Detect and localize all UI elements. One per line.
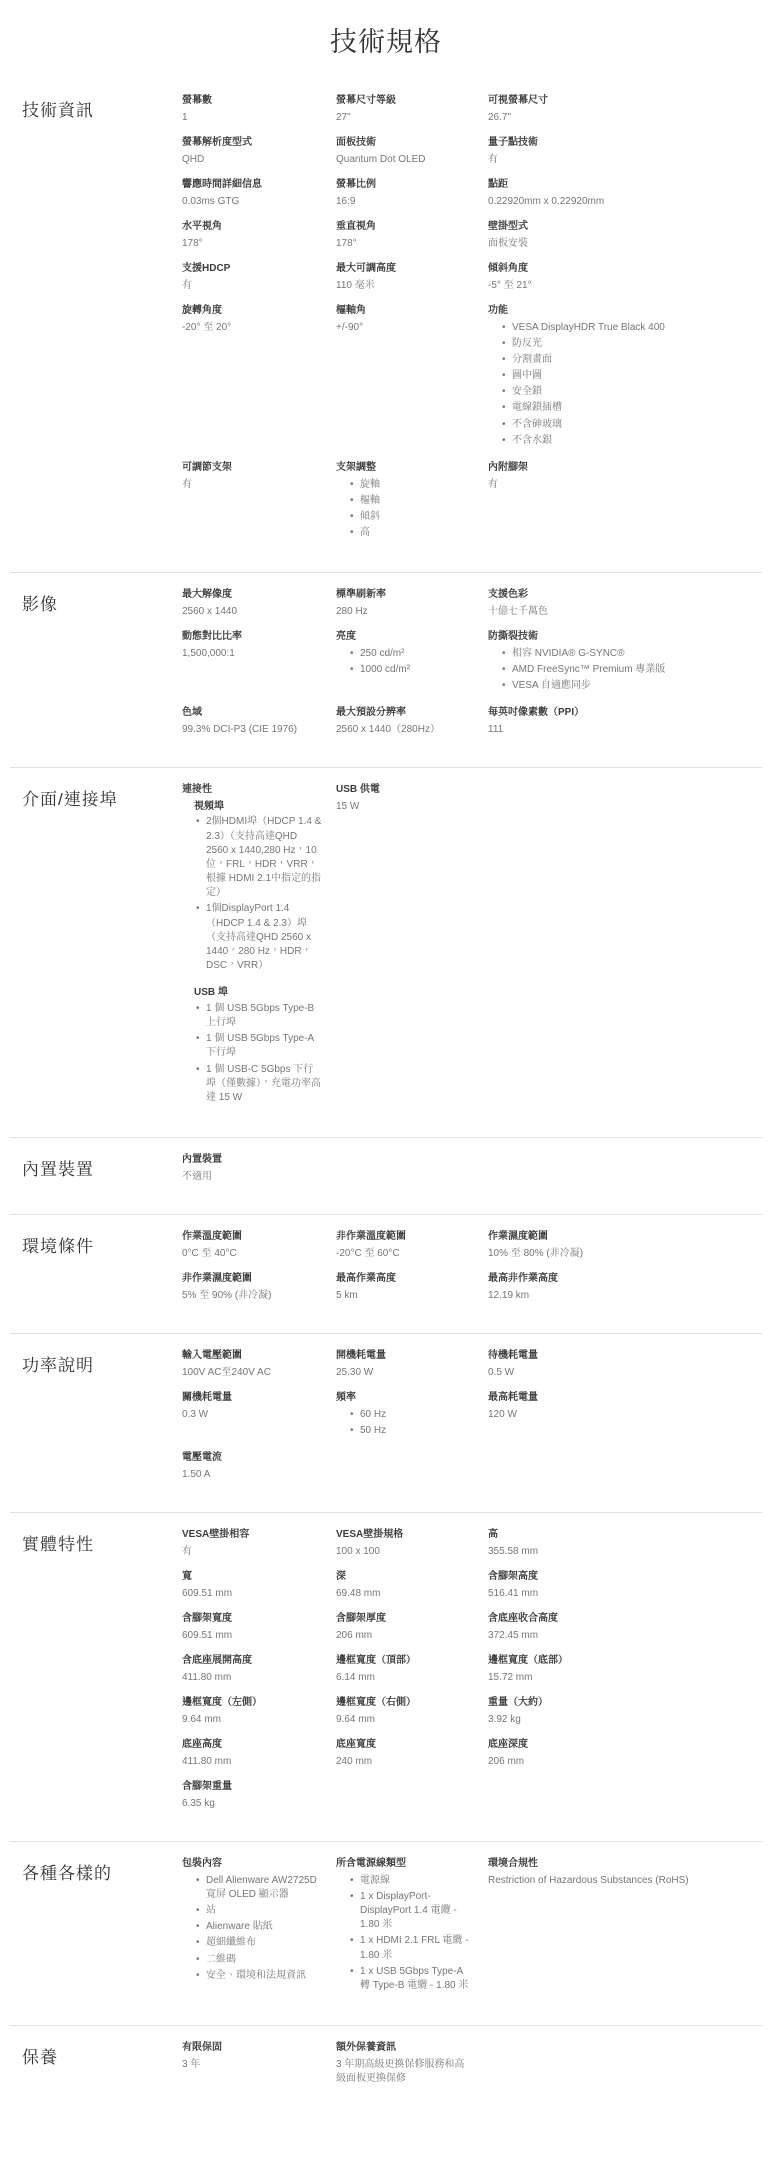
spec-cell: 動態對比比率1,500,000:1 [182, 630, 336, 661]
spec-list-item: AMD FreeSync™ Premium 專業版 [502, 663, 690, 677]
spec-row: 旋轉角度-20° 至 20°樞軸角+/-90°功能VESA DisplayHDR… [182, 304, 762, 450]
spec-label: 作業濕度範圍 [488, 1230, 690, 1244]
spec-label: 樞軸角 [336, 304, 474, 318]
spec-cell: 重量（大約）3.92 kg [488, 1696, 704, 1727]
spec-label: 含底座收合高度 [488, 1612, 690, 1626]
spec-label: 待機耗電量 [488, 1349, 690, 1363]
spec-value: Restriction of Hazardous Substances (RoH… [488, 1874, 690, 1889]
section-title: 介面/連接埠 [10, 783, 182, 810]
spec-cell: 支援HDCP有 [182, 262, 336, 293]
section-title: 功率說明 [10, 1349, 182, 1376]
spec-cell: 壁掛型式面板安裝 [488, 220, 704, 251]
spec-list-item: 高 [350, 526, 474, 540]
spec-label: 可調節支架 [182, 461, 322, 475]
spec-list-item: 不含水銀 [502, 434, 690, 448]
spec-value: 411.80 mm [182, 1671, 322, 1686]
spec-cell: 旋轉角度-20° 至 20° [182, 304, 336, 335]
spec-cell: 高355.58 mm [488, 1528, 704, 1559]
spec-list-item: 不含砷玻璃 [502, 418, 690, 432]
spec-list-item: 分割畫面 [502, 353, 690, 367]
spec-list-item: 超細纖維布 [196, 1936, 322, 1950]
spec-label: 邊框寬度（左側） [182, 1696, 322, 1710]
spec-list: 相容 NVIDIA® G-SYNC®AMD FreeSync™ Premium … [488, 647, 690, 694]
spec-label: 有限保固 [182, 2041, 322, 2055]
spec-label: 額外保養資訊 [336, 2041, 474, 2055]
spec-cell: USB 供電15 W [336, 783, 488, 814]
spec-label: 標準刷新率 [336, 588, 474, 602]
spec-cell: 支架調整旋軸樞軸傾斜高 [336, 461, 488, 542]
spec-value: 111 [488, 723, 690, 738]
spec-list-item: 1000 cd/m² [350, 663, 474, 677]
spec-value: 27" [336, 111, 474, 126]
spec-section: 功率說明輸入電壓範圍100V AC至240V AC開機耗電量25.30 W待機耗… [10, 1333, 762, 1512]
spec-list-item: 安全、環境和法規資訊 [196, 1969, 322, 1983]
page-title: 技術規格 [10, 20, 762, 59]
spec-list-item: VESA DisplayHDR True Black 400 [502, 321, 690, 335]
spec-row: 最大解像度2560 x 1440標準刷新率280 Hz支援色彩十億七千萬色 [182, 588, 762, 619]
spec-list-item: 1 個 USB 5Gbps Type-B 上行埠 [196, 1002, 322, 1030]
spec-label: 可視螢幕尺寸 [488, 94, 690, 108]
spec-row: 關機耗電量0.3 W頻率60 Hz50 Hz最高耗電量120 W [182, 1391, 762, 1440]
spec-section: 內置裝置內置裝置不適用 [10, 1137, 762, 1214]
spec-label: 螢幕尺寸等級 [336, 94, 474, 108]
spec-value: -20°C 至 60°C [336, 1247, 474, 1262]
spec-cell: 頻率60 Hz50 Hz [336, 1391, 488, 1440]
spec-cell: 每英吋像素數（PPI）111 [488, 706, 704, 737]
spec-label: 量子點技術 [488, 136, 690, 150]
spec-row: 作業溫度範圍0°C 至 40°C非作業溫度範圍-20°C 至 60°C作業濕度範… [182, 1230, 762, 1261]
spec-row: 輸入電壓範圍100V AC至240V AC開機耗電量25.30 W待機耗電量0.… [182, 1349, 762, 1380]
spec-value: 有 [182, 1545, 322, 1560]
spec-row: 邊框寬度（左側）9.64 mm邊框寬度（右側）9.64 mm重量（大約）3.92… [182, 1696, 762, 1727]
spec-label: 邊框寬度（頂部） [336, 1654, 474, 1668]
spec-value: 0.03ms GTG [182, 195, 322, 210]
spec-list-item: 電源線 [350, 1874, 474, 1888]
spec-list-item: 1個DisplayPort 1.4（HDCP 1.4 & 2.3）埠（支持高達Q… [196, 902, 322, 973]
spec-cell: 含腳架厚度206 mm [336, 1612, 488, 1643]
spec-value: 有 [182, 478, 322, 493]
spec-row: 響應時間詳細信息0.03ms GTG螢幕比例16:9點距0.22920mm x … [182, 178, 762, 209]
spec-value: 609.51 mm [182, 1587, 322, 1602]
spec-cell: 支援色彩十億七千萬色 [488, 588, 704, 619]
spec-cell: 螢幕尺寸等級27" [336, 94, 488, 125]
spec-cell: 底座高度411.80 mm [182, 1738, 336, 1769]
spec-cell: 有限保固3 年 [182, 2041, 336, 2072]
spec-value: 69.48 mm [336, 1587, 474, 1602]
spec-cell: 底座寬度240 mm [336, 1738, 488, 1769]
spec-value: 110 毫米 [336, 279, 474, 294]
spec-label: 最高非作業高度 [488, 1272, 690, 1286]
spec-cell: 非作業溫度範圍-20°C 至 60°C [336, 1230, 488, 1261]
spec-cell: 點距0.22920mm x 0.22920mm [488, 178, 704, 209]
spec-section: 技術資訊螢幕數1螢幕尺寸等級27"可視螢幕尺寸26.7"螢幕解析度型式QHD面板… [10, 79, 762, 572]
spec-cell: 最高耗電量120 W [488, 1391, 704, 1422]
spec-label: 防撕裂技術 [488, 630, 690, 644]
spec-cell: 防撕裂技術相容 NVIDIA® G-SYNC®AMD FreeSync™ Pre… [488, 630, 704, 695]
spec-cell: 寬609.51 mm [182, 1570, 336, 1601]
spec-label: 環境合規性 [488, 1857, 690, 1871]
spec-cell: 含底座收合高度372.45 mm [488, 1612, 704, 1643]
spec-label: USB 供電 [336, 783, 474, 797]
spec-value: 206 mm [336, 1629, 474, 1644]
spec-cell: 作業濕度範圍10% 至 80% (非冷凝) [488, 1230, 704, 1261]
spec-label: 旋轉角度 [182, 304, 322, 318]
spec-list-item: 安全鎖 [502, 385, 690, 399]
spec-label: 重量（大約） [488, 1696, 690, 1710]
spec-value: 12.19 km [488, 1289, 690, 1304]
spec-section: 保養有限保固3 年額外保養資訊3 年期高級更換保修服務和高級面板更換保修 [10, 2025, 762, 2117]
spec-cell: VESA壁掛規格100 x 100 [336, 1528, 488, 1559]
spec-sections: 技術資訊螢幕數1螢幕尺寸等級27"可視螢幕尺寸26.7"螢幕解析度型式QHD面板… [10, 79, 762, 2117]
spec-cell: 邊框寬度（底部）15.72 mm [488, 1654, 704, 1685]
spec-label: 傾斜角度 [488, 262, 690, 276]
spec-label: 支援HDCP [182, 262, 322, 276]
spec-row: 含腳架寬度609.51 mm含腳架厚度206 mm含底座收合高度372.45 m… [182, 1612, 762, 1643]
spec-label: 底座深度 [488, 1738, 690, 1752]
spec-row: 非作業濕度範圍5% 至 90% (非冷凝)最高作業高度5 km最高非作業高度12… [182, 1272, 762, 1303]
spec-label: 壁掛型式 [488, 220, 690, 234]
spec-list-item: 傾斜 [350, 510, 474, 524]
spec-list-item: 防反光 [502, 337, 690, 351]
spec-list-item: 1 個 USB-C 5Gbps 下行埠（僅數據），充電功率高達 15 W [196, 1063, 322, 1106]
spec-label: 垂直視角 [336, 220, 474, 234]
spec-section: 環境條件作業溫度範圍0°C 至 40°C非作業溫度範圍-20°C 至 60°C作… [10, 1214, 762, 1333]
spec-section: 影像最大解像度2560 x 1440標準刷新率280 Hz支援色彩十億七千萬色動… [10, 572, 762, 767]
spec-list: 1 個 USB 5Gbps Type-B 上行埠1 個 USB 5Gbps Ty… [182, 1002, 322, 1105]
spec-value: 0°C 至 40°C [182, 1247, 322, 1262]
spec-row: 含腳架重量6.35 kg [182, 1780, 762, 1811]
spec-cell: 可調節支架有 [182, 461, 336, 492]
spec-row: VESA壁掛相容有VESA壁掛規格100 x 100高355.58 mm [182, 1528, 762, 1559]
spec-cell: VESA壁掛相容有 [182, 1528, 336, 1559]
spec-row: 可調節支架有支架調整旋軸樞軸傾斜高內附腳架有 [182, 461, 762, 542]
spec-cell: 最大可調高度110 毫米 [336, 262, 488, 293]
spec-label: 非作業溫度範圍 [336, 1230, 474, 1244]
spec-cell: 輸入電壓範圍100V AC至240V AC [182, 1349, 336, 1380]
spec-value: 120 W [488, 1408, 690, 1423]
spec-list: VESA DisplayHDR True Black 400防反光分割畫面圖中圖… [488, 321, 690, 449]
spec-label: 包裝內容 [182, 1857, 322, 1871]
spec-value: Quantum Dot OLED [336, 153, 474, 168]
spec-value: 9.64 mm [336, 1713, 474, 1728]
spec-value: 100 x 100 [336, 1545, 474, 1560]
spec-cell: 邊框寬度（頂部）6.14 mm [336, 1654, 488, 1685]
spec-row: 螢幕數1螢幕尺寸等級27"可視螢幕尺寸26.7" [182, 94, 762, 125]
spec-row: 支援HDCP有最大可調高度110 毫米傾斜角度-5° 至 21° [182, 262, 762, 293]
spec-list-item: Dell Alienware AW2725D 寬屏 OLED 顯示器 [196, 1874, 322, 1902]
spec-label: 頻率 [336, 1391, 474, 1405]
spec-row: 色域99.3% DCI-P3 (CIE 1976)最大預設分辨率2560 x 1… [182, 706, 762, 737]
spec-page: 技術規格 技術資訊螢幕數1螢幕尺寸等級27"可視螢幕尺寸26.7"螢幕解析度型式… [0, 0, 772, 2157]
spec-value: 0.3 W [182, 1408, 322, 1423]
spec-label: 含底座展開高度 [182, 1654, 322, 1668]
spec-cell: 面板技術Quantum Dot OLED [336, 136, 488, 167]
spec-cell: 內置裝置不適用 [182, 1153, 336, 1184]
spec-label: 動態對比比率 [182, 630, 322, 644]
spec-label: 最高耗電量 [488, 1391, 690, 1405]
spec-cell: 含腳架高度516.41 mm [488, 1570, 704, 1601]
spec-label: 電壓電流 [182, 1451, 322, 1465]
spec-value: 6.14 mm [336, 1671, 474, 1686]
section-title: 內置裝置 [10, 1153, 182, 1180]
section-title: 保養 [10, 2041, 182, 2068]
section-title: 各種各樣的 [10, 1857, 182, 1884]
section-rows: 連接性視頻埠2個HDMI埠（HDCP 1.4 & 2.3）（支持高達QHD 25… [182, 783, 762, 1107]
spec-value: 1.50 A [182, 1468, 322, 1483]
section-rows: 包裝內容Dell Alienware AW2725D 寬屏 OLED 顯示器站A… [182, 1857, 762, 1995]
spec-row: 內置裝置不適用 [182, 1153, 762, 1184]
spec-value: 0.22920mm x 0.22920mm [488, 195, 690, 210]
section-title: 環境條件 [10, 1230, 182, 1257]
spec-value: 3 年 [182, 2058, 322, 2073]
spec-label: 螢幕比例 [336, 178, 474, 192]
spec-label: 開機耗電量 [336, 1349, 474, 1363]
spec-cell: 額外保養資訊3 年期高級更換保修服務和高級面板更換保修 [336, 2041, 488, 2087]
spec-cell: 樞軸角+/-90° [336, 304, 488, 335]
spec-label: 支架調整 [336, 461, 474, 475]
section-rows: 有限保固3 年額外保養資訊3 年期高級更換保修服務和高級面板更換保修 [182, 2041, 762, 2087]
spec-list-item: 2個HDMI埠（HDCP 1.4 & 2.3）（支持高達QHD 2560 x 1… [196, 815, 322, 900]
spec-label: 螢幕數 [182, 94, 322, 108]
spec-value: 516.41 mm [488, 1587, 690, 1602]
spec-cell: 開機耗電量25.30 W [336, 1349, 488, 1380]
spec-label: 含腳架厚度 [336, 1612, 474, 1626]
spec-list-item: 1 x HDMI 2.1 FRL 電纜 - 1.80 米 [350, 1934, 474, 1962]
spec-label: 支援色彩 [488, 588, 690, 602]
spec-value: 1,500,000:1 [182, 647, 322, 662]
spec-value: 十億七千萬色 [488, 605, 690, 620]
spec-list-item: Alienware 貼紙 [196, 1920, 322, 1934]
spec-label: 作業溫度範圍 [182, 1230, 322, 1244]
spec-label: 所含電源線類型 [336, 1857, 474, 1871]
spec-cell: 亮度250 cd/m²1000 cd/m² [336, 630, 488, 679]
spec-label: 連接性 [182, 783, 322, 797]
spec-cell: 深69.48 mm [336, 1570, 488, 1601]
spec-value: 6.35 kg [182, 1797, 322, 1812]
spec-label: 底座寬度 [336, 1738, 474, 1752]
spec-value: 0.5 W [488, 1366, 690, 1381]
spec-value: 1 [182, 111, 322, 126]
section-title: 實體特性 [10, 1528, 182, 1555]
spec-row: 有限保固3 年額外保養資訊3 年期高級更換保修服務和高級面板更換保修 [182, 2041, 762, 2087]
spec-list: 旋軸樞軸傾斜高 [336, 478, 474, 541]
spec-label: 輸入電壓範圍 [182, 1349, 322, 1363]
spec-cell: 含底座展開高度411.80 mm [182, 1654, 336, 1685]
spec-section: 介面/連接埠連接性視頻埠2個HDMI埠（HDCP 1.4 & 2.3）（支持高達… [10, 767, 762, 1137]
spec-value: 178° [182, 237, 322, 252]
spec-list: 電源線1 x DisplayPort-DisplayPort 1.4 電纜 - … [336, 1874, 474, 1994]
spec-subheading: USB 埠 [194, 986, 322, 1000]
spec-cell: 邊框寬度（左側）9.64 mm [182, 1696, 336, 1727]
spec-value: 280 Hz [336, 605, 474, 620]
spec-label: 最高作業高度 [336, 1272, 474, 1286]
spec-label: VESA壁掛規格 [336, 1528, 474, 1542]
spec-section: 各種各樣的包裝內容Dell Alienware AW2725D 寬屏 OLED … [10, 1841, 762, 2025]
spec-value: 5 km [336, 1289, 474, 1304]
section-title: 影像 [10, 588, 182, 615]
spec-list-item: 60 Hz [350, 1408, 474, 1422]
spec-cell: 作業溫度範圍0°C 至 40°C [182, 1230, 336, 1261]
spec-value: 206 mm [488, 1755, 690, 1770]
spec-cell: 螢幕比例16:9 [336, 178, 488, 209]
spec-cell: 最大預設分辨率2560 x 1440（280Hz） [336, 706, 488, 737]
spec-label: 最大預設分辨率 [336, 706, 474, 720]
spec-value: 2560 x 1440（280Hz） [336, 723, 474, 738]
spec-value: 10% 至 80% (非冷凝) [488, 1247, 690, 1262]
spec-cell: 螢幕解析度型式QHD [182, 136, 336, 167]
spec-value: 355.58 mm [488, 1545, 690, 1560]
spec-cell: 所含電源線類型電源線1 x DisplayPort-DisplayPort 1.… [336, 1857, 488, 1995]
spec-row: 電壓電流1.50 A [182, 1451, 762, 1482]
spec-value: 372.45 mm [488, 1629, 690, 1644]
spec-label: 非作業濕度範圍 [182, 1272, 322, 1286]
spec-label: 內置裝置 [182, 1153, 322, 1167]
spec-row: 動態對比比率1,500,000:1亮度250 cd/m²1000 cd/m²防撕… [182, 630, 762, 695]
spec-cell: 標準刷新率280 Hz [336, 588, 488, 619]
spec-value: 3 年期高級更換保修服務和高級面板更換保修 [336, 2058, 474, 2087]
spec-value: 2560 x 1440 [182, 605, 322, 620]
spec-value: 609.51 mm [182, 1629, 322, 1644]
spec-list-item: 二維碼 [196, 1953, 322, 1967]
spec-list: 2個HDMI埠（HDCP 1.4 & 2.3）（支持高達QHD 2560 x 1… [182, 815, 322, 973]
spec-value: 有 [488, 478, 690, 493]
spec-list-item: 旋軸 [350, 478, 474, 492]
spec-value: 178° [336, 237, 474, 252]
spec-label: 含腳架高度 [488, 1570, 690, 1584]
spec-cell: 最高非作業高度12.19 km [488, 1272, 704, 1303]
spec-row: 底座高度411.80 mm底座寬度240 mm底座深度206 mm [182, 1738, 762, 1769]
section-rows: 最大解像度2560 x 1440標準刷新率280 Hz支援色彩十億七千萬色動態對… [182, 588, 762, 737]
spec-value: 5% 至 90% (非冷凝) [182, 1289, 322, 1304]
spec-value: 15 W [336, 800, 474, 815]
spec-label: 螢幕解析度型式 [182, 136, 322, 150]
spec-row: 水平視角178°垂直視角178°壁掛型式面板安裝 [182, 220, 762, 251]
spec-list-item: 站 [196, 1904, 322, 1918]
spec-cell: 底座深度206 mm [488, 1738, 704, 1769]
spec-cell: 功能VESA DisplayHDR True Black 400防反光分割畫面圖… [488, 304, 704, 450]
spec-label: 每英吋像素數（PPI） [488, 706, 690, 720]
spec-label: 高 [488, 1528, 690, 1542]
spec-label: 響應時間詳細信息 [182, 178, 322, 192]
spec-section: 實體特性VESA壁掛相容有VESA壁掛規格100 x 100高355.58 mm… [10, 1512, 762, 1841]
spec-value: 有 [182, 279, 322, 294]
section-rows: 輸入電壓範圍100V AC至240V AC開機耗電量25.30 W待機耗電量0.… [182, 1349, 762, 1482]
spec-list-item: 電線鎖插槽 [502, 401, 690, 415]
spec-cell: 電壓電流1.50 A [182, 1451, 336, 1482]
spec-value: 25.30 W [336, 1366, 474, 1381]
spec-cell: 螢幕數1 [182, 94, 336, 125]
spec-value: 240 mm [336, 1755, 474, 1770]
spec-cell: 含腳架寬度609.51 mm [182, 1612, 336, 1643]
spec-value: 26.7" [488, 111, 690, 126]
spec-cell: 響應時間詳細信息0.03ms GTG [182, 178, 336, 209]
spec-cell: 垂直視角178° [336, 220, 488, 251]
spec-cell: 環境合規性Restriction of Hazardous Substances… [488, 1857, 704, 1888]
spec-cell: 內附腳架有 [488, 461, 704, 492]
spec-value: 3.92 kg [488, 1713, 690, 1728]
spec-label: 點距 [488, 178, 690, 192]
spec-row: 包裝內容Dell Alienware AW2725D 寬屏 OLED 顯示器站A… [182, 1857, 762, 1995]
section-title: 技術資訊 [10, 94, 182, 121]
spec-value: 16:9 [336, 195, 474, 210]
spec-cell: 待機耗電量0.5 W [488, 1349, 704, 1380]
spec-label: 寬 [182, 1570, 322, 1584]
spec-list: 250 cd/m²1000 cd/m² [336, 647, 474, 677]
spec-subheading: 視頻埠 [194, 800, 322, 814]
section-rows: 螢幕數1螢幕尺寸等級27"可視螢幕尺寸26.7"螢幕解析度型式QHD面板技術Qu… [182, 94, 762, 542]
spec-list-item: 1 個 USB 5Gbps Type-A 下行埠 [196, 1032, 322, 1060]
spec-label: 水平視角 [182, 220, 322, 234]
spec-row: 寬609.51 mm深69.48 mm含腳架高度516.41 mm [182, 1570, 762, 1601]
spec-label: VESA壁掛相容 [182, 1528, 322, 1542]
spec-cell: 水平視角178° [182, 220, 336, 251]
section-rows: 內置裝置不適用 [182, 1153, 762, 1184]
spec-cell: 色域99.3% DCI-P3 (CIE 1976) [182, 706, 336, 737]
spec-value: -5° 至 21° [488, 279, 690, 294]
spec-list-item: 樞軸 [350, 494, 474, 508]
spec-cell: 傾斜角度-5° 至 21° [488, 262, 704, 293]
spec-label: 深 [336, 1570, 474, 1584]
spec-label: 含腳架重量 [182, 1780, 322, 1794]
spec-label: 邊框寬度（底部） [488, 1654, 690, 1668]
spec-row: 含底座展開高度411.80 mm邊框寬度（頂部）6.14 mm邊框寬度（底部）1… [182, 1654, 762, 1685]
spec-row: 連接性視頻埠2個HDMI埠（HDCP 1.4 & 2.3）（支持高達QHD 25… [182, 783, 762, 1107]
section-rows: VESA壁掛相容有VESA壁掛規格100 x 100高355.58 mm寬609… [182, 1528, 762, 1811]
spec-label: 功能 [488, 304, 690, 318]
spec-value: 15.72 mm [488, 1671, 690, 1686]
spec-cell: 關機耗電量0.3 W [182, 1391, 336, 1422]
section-rows: 作業溫度範圍0°C 至 40°C非作業溫度範圍-20°C 至 60°C作業濕度範… [182, 1230, 762, 1303]
spec-list-item: 圖中圖 [502, 369, 690, 383]
spec-cell: 最大解像度2560 x 1440 [182, 588, 336, 619]
spec-cell: 連接性視頻埠2個HDMI埠（HDCP 1.4 & 2.3）（支持高達QHD 25… [182, 783, 336, 1107]
spec-value: -20° 至 20° [182, 321, 322, 336]
spec-cell: 量子點技術有 [488, 136, 704, 167]
spec-label: 最大解像度 [182, 588, 322, 602]
spec-value: 100V AC至240V AC [182, 1366, 322, 1381]
spec-list-item: VESA 自適應同步 [502, 679, 690, 693]
spec-label: 邊框寬度（右側） [336, 1696, 474, 1710]
spec-label: 內附腳架 [488, 461, 690, 475]
spec-value: 99.3% DCI-P3 (CIE 1976) [182, 723, 322, 738]
spec-value: 411.80 mm [182, 1755, 322, 1770]
spec-cell: 最高作業高度5 km [336, 1272, 488, 1303]
spec-value: +/-90° [336, 321, 474, 336]
spec-label: 色域 [182, 706, 322, 720]
spec-list-item: 250 cd/m² [350, 647, 474, 661]
spec-list-item: 1 x DisplayPort-DisplayPort 1.4 電纜 - 1.8… [350, 1890, 474, 1933]
spec-label: 面板技術 [336, 136, 474, 150]
spec-label: 關機耗電量 [182, 1391, 322, 1405]
spec-label: 含腳架寬度 [182, 1612, 322, 1626]
spec-value: 面板安裝 [488, 237, 690, 252]
spec-list-item: 50 Hz [350, 1424, 474, 1438]
spec-cell: 邊框寬度（右側）9.64 mm [336, 1696, 488, 1727]
spec-value: QHD [182, 153, 322, 168]
spec-value: 有 [488, 153, 690, 168]
spec-list-item: 1 x USB 5Gbps Type-A 轉 Type-B 電纜 - 1.80 … [350, 1965, 474, 1993]
spec-cell: 含腳架重量6.35 kg [182, 1780, 336, 1811]
spec-list: Dell Alienware AW2725D 寬屏 OLED 顯示器站Alien… [182, 1874, 322, 1983]
spec-cell: 包裝內容Dell Alienware AW2725D 寬屏 OLED 顯示器站A… [182, 1857, 336, 1985]
spec-cell: 可視螢幕尺寸26.7" [488, 94, 704, 125]
spec-label: 亮度 [336, 630, 474, 644]
spec-row: 螢幕解析度型式QHD面板技術Quantum Dot OLED量子點技術有 [182, 136, 762, 167]
spec-list-item: 相容 NVIDIA® G-SYNC® [502, 647, 690, 661]
spec-value: 不適用 [182, 1170, 322, 1185]
spec-value: 9.64 mm [182, 1713, 322, 1728]
spec-label: 最大可調高度 [336, 262, 474, 276]
